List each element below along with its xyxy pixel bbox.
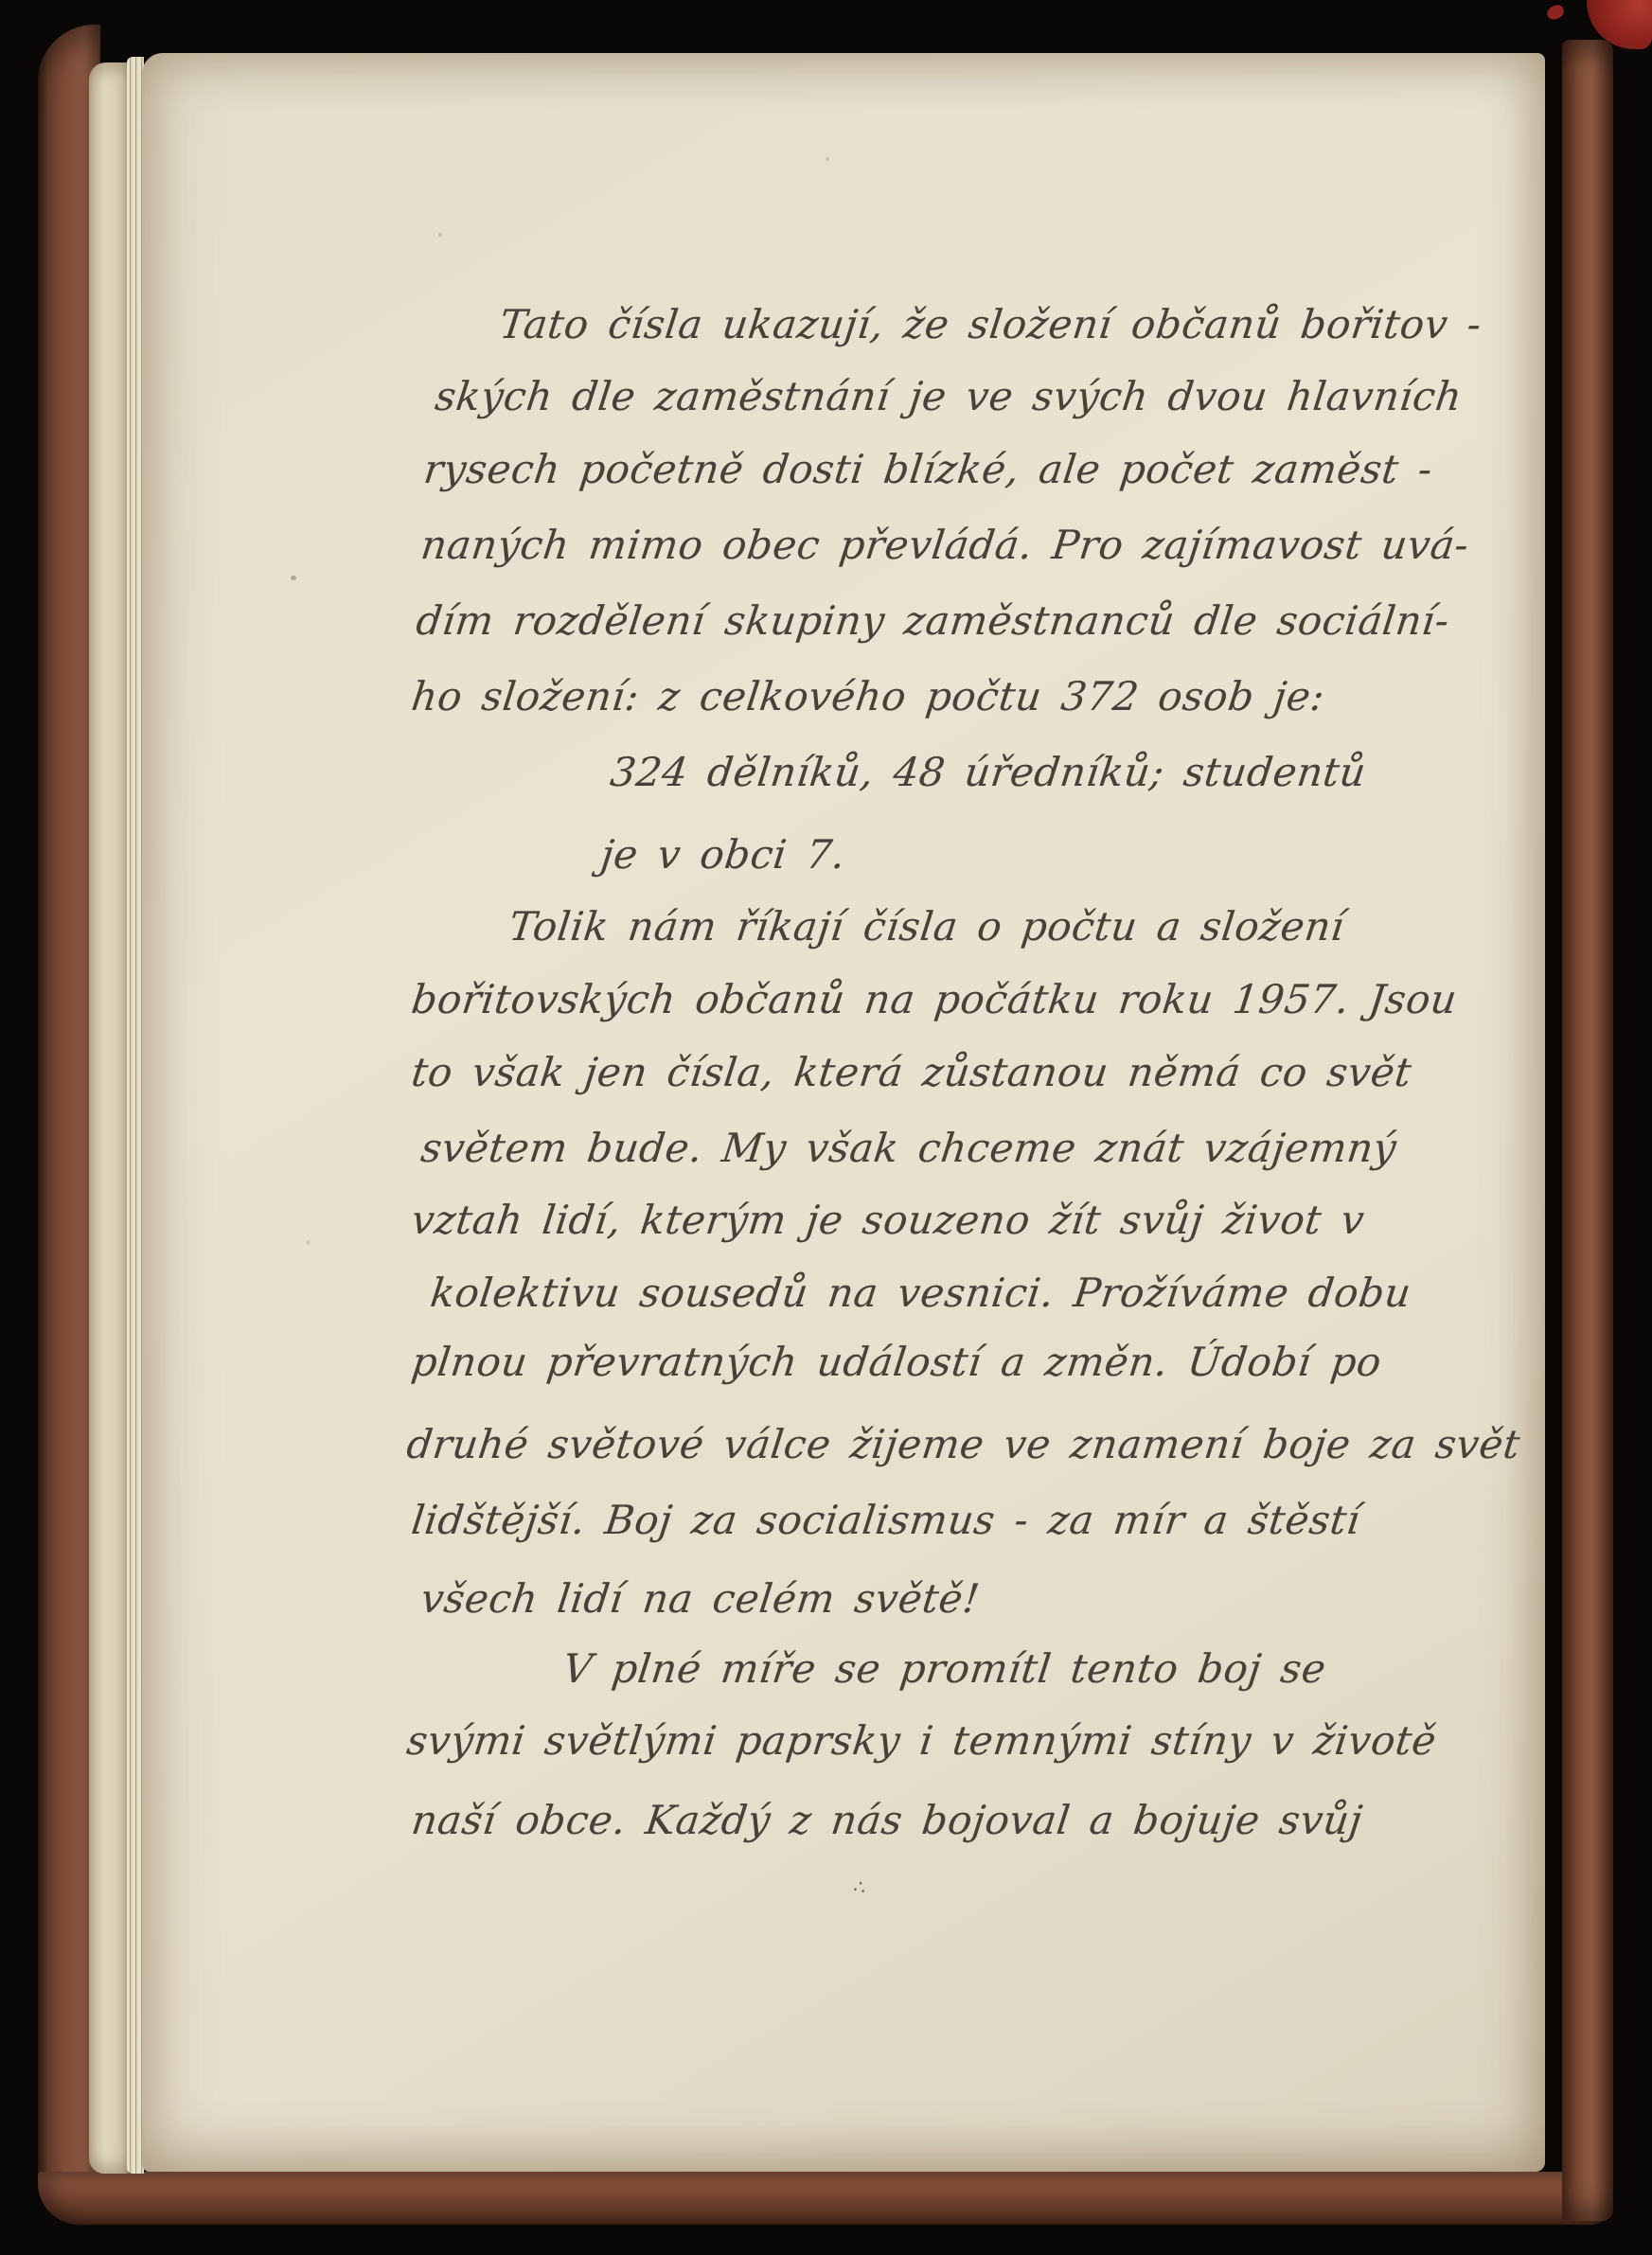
handwritten-line-5: dím rozdělení skupiny zaměstnanců dle so… (414, 597, 1452, 644)
handwritten-line-17: lidštější. Boj za socialismus - za mír a… (409, 1497, 1363, 1543)
handwritten-line-15: plnou převratných událostí a změn. Údobí… (409, 1339, 1384, 1385)
handwritten-line-9: Tolik nám říkají čísla o počtu a složení (506, 903, 1347, 950)
book-scan: Tato čísla ukazují, že složení občanů bo… (0, 0, 1652, 2255)
handwritten-line-2: ských dle zaměstnání je ve svých dvou hl… (433, 373, 1465, 419)
handwritten-line-11: to však jen čísla, která zůstanou němá c… (409, 1049, 1414, 1095)
red-leather-speck (1545, 4, 1565, 21)
page-stack-edge (89, 62, 129, 2174)
handwritten-line-19: V plné míře se promítl tento boj se (560, 1645, 1329, 1692)
handwritten-line-4: naných mimo obec převládá. Pro zajímavos… (418, 522, 1471, 568)
book-cover-bottom-edge (38, 2172, 1613, 2225)
paper-speck (291, 576, 296, 580)
paper-speck (438, 233, 442, 237)
handwritten-line-8: je v obci 7. (598, 831, 848, 878)
handwritten-line-20: svými světlými paprsky i temnými stíny v… (404, 1717, 1439, 1764)
handwritten-line-13: vztah lidí, kterým je souzeno žít svůj ž… (409, 1197, 1367, 1243)
paper-speck (826, 157, 829, 161)
handwritten-line-14: kolektivu sousedů na vesnici. Prožíváme … (428, 1270, 1413, 1316)
handwritten-line-7: 324 dělníků, 48 úředníků; studentů (608, 749, 1369, 795)
pencil-stray-mark: ∴ (852, 1874, 868, 1899)
handwritten-line-16: druhé světové válce žijeme ve znamení bo… (404, 1421, 1523, 1467)
book-cover-right-edge (1562, 40, 1613, 2221)
handwritten-line-10: bořitovských občanů na počátku roku 1957… (409, 976, 1460, 1022)
paper-speck (306, 1240, 311, 1245)
handwritten-line-12: světem bude. My však chceme znát vzájemn… (418, 1125, 1399, 1171)
handwritten-line-21: naší obce. Každý z nás bojoval a bojuje … (409, 1797, 1365, 1843)
handwritten-line-6: ho složení: z celkového počtu 372 osob j… (409, 673, 1327, 719)
chronicle-page: Tato čísla ukazují, že složení občanů bo… (142, 53, 1545, 2172)
handwritten-line-1: Tato čísla ukazují, že složení občanů bo… (497, 301, 1484, 347)
handwritten-line-3: rysech početně dosti blízké, ale počet z… (421, 446, 1435, 492)
handwritten-line-18: všech lidí na celém světě! (418, 1575, 983, 1622)
